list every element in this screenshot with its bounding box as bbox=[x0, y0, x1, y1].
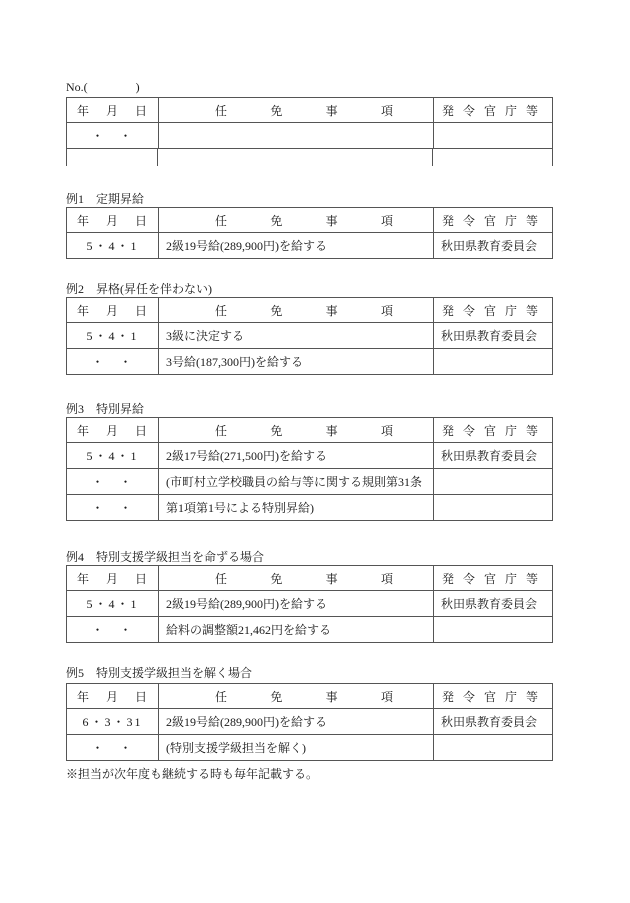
table-row: ・ ・ (市町村立学校職員の給与等に関する規則第31条 bbox=[67, 468, 552, 494]
date-cell: ・ ・ bbox=[67, 495, 159, 520]
record-table-2: 年月日 任免事項 発令官庁等 5・4・1 3級に決定する 秋田県教育委員会 ・ … bbox=[66, 297, 553, 375]
col-header-office: 発令官庁等 bbox=[434, 298, 552, 322]
record-table-blank: 年月日 任免事項 発令官庁等 ・ ・ bbox=[66, 97, 553, 149]
col-header-date: 年月日 bbox=[67, 298, 159, 322]
col-header-date: 年月日 bbox=[67, 98, 159, 122]
office-cell: 秋田県教育委員会 bbox=[434, 233, 552, 258]
col-header-date: 年月日 bbox=[67, 418, 159, 442]
table-continuation-fragment bbox=[66, 149, 553, 166]
date-cell: ・ ・ bbox=[67, 617, 159, 642]
matter-cell bbox=[158, 149, 433, 166]
date-cell bbox=[67, 149, 158, 166]
col-header-matter: 任免事項 bbox=[159, 684, 434, 708]
matter-cell: 3号給(187,300円)を給する bbox=[159, 349, 434, 374]
office-cell: 秋田県教育委員会 bbox=[434, 591, 552, 616]
example-label-4: 例4 特別支援学級担当を命ずる場合 bbox=[66, 551, 264, 564]
office-cell bbox=[434, 123, 552, 148]
office-cell bbox=[434, 349, 552, 374]
example-label-2: 例2 昇格(昇任を伴わない) bbox=[66, 283, 212, 296]
record-table-5: 年月日 任免事項 発令官庁等 6・3・31 2級19号給(289,900円)を給… bbox=[66, 683, 553, 761]
example-label-1: 例1 定期昇給 bbox=[66, 193, 144, 206]
date-cell: ・ ・ bbox=[67, 349, 159, 374]
matter-cell: (市町村立学校職員の給与等に関する規則第31条 bbox=[159, 469, 434, 494]
col-header-date: 年月日 bbox=[67, 208, 159, 232]
office-cell: 秋田県教育委員会 bbox=[434, 323, 552, 348]
table-header-row: 年月日 任免事項 発令官庁等 bbox=[67, 566, 552, 590]
col-header-date: 年月日 bbox=[67, 566, 159, 590]
matter-cell: 2級17号給(271,500円)を給する bbox=[159, 443, 434, 468]
table-row: ・ ・ (特別支援学級担当を解く) bbox=[67, 734, 552, 760]
example-label-5: 例5 特別支援学級担当を解く場合 bbox=[66, 667, 252, 680]
form-number-label: No.( ) bbox=[66, 81, 140, 94]
table-row: 6・3・31 2級19号給(289,900円)を給する 秋田県教育委員会 bbox=[67, 708, 552, 734]
matter-cell: 第1項第1号による特別昇給) bbox=[159, 495, 434, 520]
col-header-matter: 任免事項 bbox=[159, 208, 434, 232]
col-header-date: 年月日 bbox=[67, 684, 159, 708]
date-cell: 5・4・1 bbox=[67, 323, 159, 348]
matter-cell: 2級19号給(289,900円)を給する bbox=[159, 591, 434, 616]
record-table-4: 年月日 任免事項 発令官庁等 5・4・1 2級19号給(289,900円)を給す… bbox=[66, 565, 553, 643]
office-cell bbox=[434, 735, 552, 760]
table-row: ・ ・ bbox=[67, 122, 552, 148]
matter-cell bbox=[159, 123, 434, 148]
date-cell: ・ ・ bbox=[67, 469, 159, 494]
office-cell bbox=[434, 495, 552, 520]
table-header-row: 年月日 任免事項 発令官庁等 bbox=[67, 98, 552, 122]
col-header-office: 発令官庁等 bbox=[434, 418, 552, 442]
office-cell: 秋田県教育委員会 bbox=[434, 443, 552, 468]
table-row: 5・4・1 2級17号給(271,500円)を給する 秋田県教育委員会 bbox=[67, 442, 552, 468]
table-row: ・ ・ 給料の調整額21,462円を給する bbox=[67, 616, 552, 642]
document-page: No.( ) 年月日 任免事項 発令官庁等 ・ ・ 例1 定期昇給 年月日 任免… bbox=[0, 0, 630, 903]
col-header-matter: 任免事項 bbox=[159, 98, 434, 122]
date-cell: ・ ・ bbox=[67, 123, 159, 148]
matter-cell: 給料の調整額21,462円を給する bbox=[159, 617, 434, 642]
table-row: ・ ・ 第1項第1号による特別昇給) bbox=[67, 494, 552, 520]
table-row: 5・4・1 2級19号給(289,900円)を給する 秋田県教育委員会 bbox=[67, 590, 552, 616]
matter-cell: 3級に決定する bbox=[159, 323, 434, 348]
date-cell: ・ ・ bbox=[67, 735, 159, 760]
col-header-office: 発令官庁等 bbox=[434, 208, 552, 232]
date-cell: 5・4・1 bbox=[67, 233, 159, 258]
col-header-matter: 任免事項 bbox=[159, 566, 434, 590]
office-cell bbox=[434, 469, 552, 494]
table-row: ・ ・ 3号給(187,300円)を給する bbox=[67, 348, 552, 374]
table-header-row: 年月日 任免事項 発令官庁等 bbox=[67, 208, 552, 232]
office-cell bbox=[433, 149, 552, 166]
matter-cell: 2級19号給(289,900円)を給する bbox=[159, 233, 434, 258]
table-header-row: 年月日 任免事項 発令官庁等 bbox=[67, 418, 552, 442]
matter-cell: (特別支援学級担当を解く) bbox=[159, 735, 434, 760]
matter-cell: 2級19号給(289,900円)を給する bbox=[159, 709, 434, 734]
office-cell bbox=[434, 617, 552, 642]
col-header-matter: 任免事項 bbox=[159, 298, 434, 322]
example-label-3: 例3 特別昇給 bbox=[66, 403, 144, 416]
table-row: 5・4・1 3級に決定する 秋田県教育委員会 bbox=[67, 322, 552, 348]
table-row: 5・4・1 2級19号給(289,900円)を給する 秋田県教育委員会 bbox=[67, 232, 552, 258]
col-header-office: 発令官庁等 bbox=[434, 566, 552, 590]
footer-note: ※担当が次年度も継続する時も毎年記載する。 bbox=[66, 768, 318, 781]
date-cell: 5・4・1 bbox=[67, 443, 159, 468]
date-cell: 5・4・1 bbox=[67, 591, 159, 616]
table-header-row: 年月日 任免事項 発令官庁等 bbox=[67, 684, 552, 708]
col-header-matter: 任免事項 bbox=[159, 418, 434, 442]
table-header-row: 年月日 任免事項 発令官庁等 bbox=[67, 298, 552, 322]
col-header-office: 発令官庁等 bbox=[434, 684, 552, 708]
office-cell: 秋田県教育委員会 bbox=[434, 709, 552, 734]
record-table-3: 年月日 任免事項 発令官庁等 5・4・1 2級17号給(271,500円)を給す… bbox=[66, 417, 553, 521]
date-cell: 6・3・31 bbox=[67, 709, 159, 734]
col-header-office: 発令官庁等 bbox=[434, 98, 552, 122]
record-table-1: 年月日 任免事項 発令官庁等 5・4・1 2級19号給(289,900円)を給す… bbox=[66, 207, 553, 259]
